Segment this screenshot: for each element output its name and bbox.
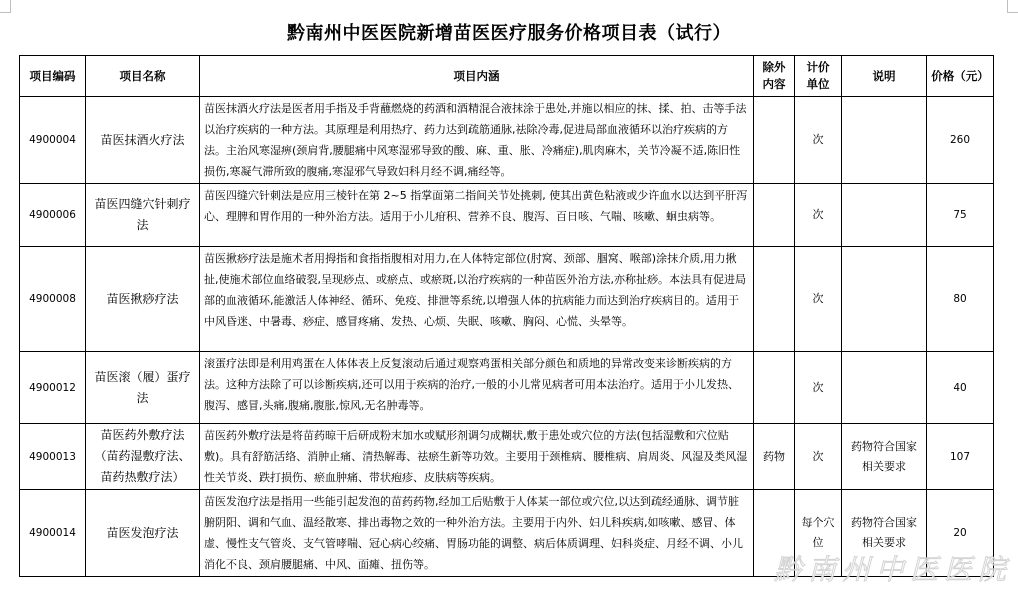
header-name: 项目名称 — [86, 56, 200, 97]
item-unit: 次 — [795, 184, 842, 247]
item-excluded: 药物 — [754, 424, 795, 490]
table-row: 4900012 苗医滚（履）蛋疗法 滚蛋疗法即是利用鸡蛋在人体体表上反复滚动后通… — [20, 352, 994, 424]
item-note: 药物符合国家相关要求 — [842, 424, 927, 490]
item-excluded — [754, 184, 795, 247]
item-name: 苗医四缝穴针刺疗法 — [86, 184, 200, 247]
item-code: 4900006 — [20, 184, 86, 247]
item-content: 滚蛋疗法即是利用鸡蛋在人体体表上反复滚动后通过观察鸡蛋相关部分颜色和质地的异常改… — [200, 352, 754, 424]
item-price: 107 — [927, 424, 994, 490]
header-note: 说明 — [842, 56, 927, 97]
item-content: 苗医四缝穴针刺法是应用三棱针在第 2~5 指掌面第二指间关节处挑刺, 使其出黄色… — [200, 184, 754, 247]
item-content: 苗医药外敷疗法是将苗药晾干后研成粉末加水或赋形剂调匀成糊状,敷于患处或穴位的方法… — [200, 424, 754, 490]
item-unit: 次 — [795, 424, 842, 490]
page-corner-mark — [0, 0, 11, 13]
item-note-text: 药物符合国家相关要求 — [851, 516, 917, 549]
item-name: 苗医滚（履）蛋疗法 — [86, 352, 200, 424]
item-code: 4900012 — [20, 352, 86, 424]
item-code: 4900013 — [20, 424, 86, 490]
header-code: 项目编码 — [20, 56, 86, 97]
document-title: 黔南州中医医院新增苗医医疗服务价格项目表（试行） — [0, 19, 1018, 45]
header-content: 项目内涵 — [200, 56, 754, 97]
item-price: 80 — [927, 247, 994, 352]
item-excluded — [754, 352, 795, 424]
table-row: 4900004 苗医抹酒火疗法 苗医抹酒火疗法是医者用手指及手背蘸燃烧的药酒和酒… — [20, 97, 994, 184]
item-unit-text: 每个穴位 — [802, 516, 835, 549]
item-content: 苗医揪痧疗法是施术者用拇指和食指指腹相对用力,在人体特定部位(肘窝、颈部、腘窝、… — [200, 247, 754, 352]
item-content: 苗医发泡疗法是指用一些能引起发泡的苗药药物,经加工后贴敷于人体某一部位或穴位,以… — [200, 490, 754, 577]
page-corner-mark — [1007, 0, 1018, 13]
item-name: 苗医发泡疗法 — [86, 490, 200, 577]
item-note — [842, 184, 927, 247]
item-name: 苗医揪痧疗法 — [86, 247, 200, 352]
header-unit: 计价单位 — [795, 56, 842, 97]
price-table: 项目编码 项目名称 项目内涵 除外内容 计价单位 说明 价格（元） 490000… — [19, 55, 994, 577]
item-unit: 次 — [795, 247, 842, 352]
item-price: 40 — [927, 352, 994, 424]
item-name: 苗医药外敷疗法（苗药湿敷疗法、苗药热敷疗法） — [86, 424, 200, 490]
item-code: 4900008 — [20, 247, 86, 352]
item-note — [842, 352, 927, 424]
item-excluded — [754, 247, 795, 352]
item-note-text: 药物符合国家相关要求 — [851, 440, 917, 473]
item-content: 苗医抹酒火疗法是医者用手指及手背蘸燃烧的药酒和酒精混合液抹涂于患处,并施以相应的… — [200, 97, 754, 184]
header-excluded-label: 除外内容 — [761, 59, 787, 93]
header-price: 价格（元） — [927, 56, 994, 97]
header-unit-label: 计价单位 — [805, 59, 831, 93]
item-excluded — [754, 97, 795, 184]
table-row: 4900006 苗医四缝穴针刺疗法 苗医四缝穴针刺法是应用三棱针在第 2~5 指… — [20, 184, 994, 247]
item-note — [842, 97, 927, 184]
item-note — [842, 247, 927, 352]
item-name: 苗医抹酒火疗法 — [86, 97, 200, 184]
header-excluded: 除外内容 — [754, 56, 795, 97]
watermark: 黔南州中医医院 — [774, 548, 1012, 588]
item-unit: 次 — [795, 352, 842, 424]
item-price: 260 — [927, 97, 994, 184]
item-unit: 次 — [795, 97, 842, 184]
table-row: 4900008 苗医揪痧疗法 苗医揪痧疗法是施术者用拇指和食指指腹相对用力,在人… — [20, 247, 994, 352]
table-row: 4900013 苗医药外敷疗法（苗药湿敷疗法、苗药热敷疗法） 苗医药外敷疗法是将… — [20, 424, 994, 490]
table-header-row: 项目编码 项目名称 项目内涵 除外内容 计价单位 说明 价格（元） — [20, 56, 994, 97]
item-code: 4900004 — [20, 97, 86, 184]
item-code: 4900014 — [20, 490, 86, 577]
item-price: 75 — [927, 184, 994, 247]
